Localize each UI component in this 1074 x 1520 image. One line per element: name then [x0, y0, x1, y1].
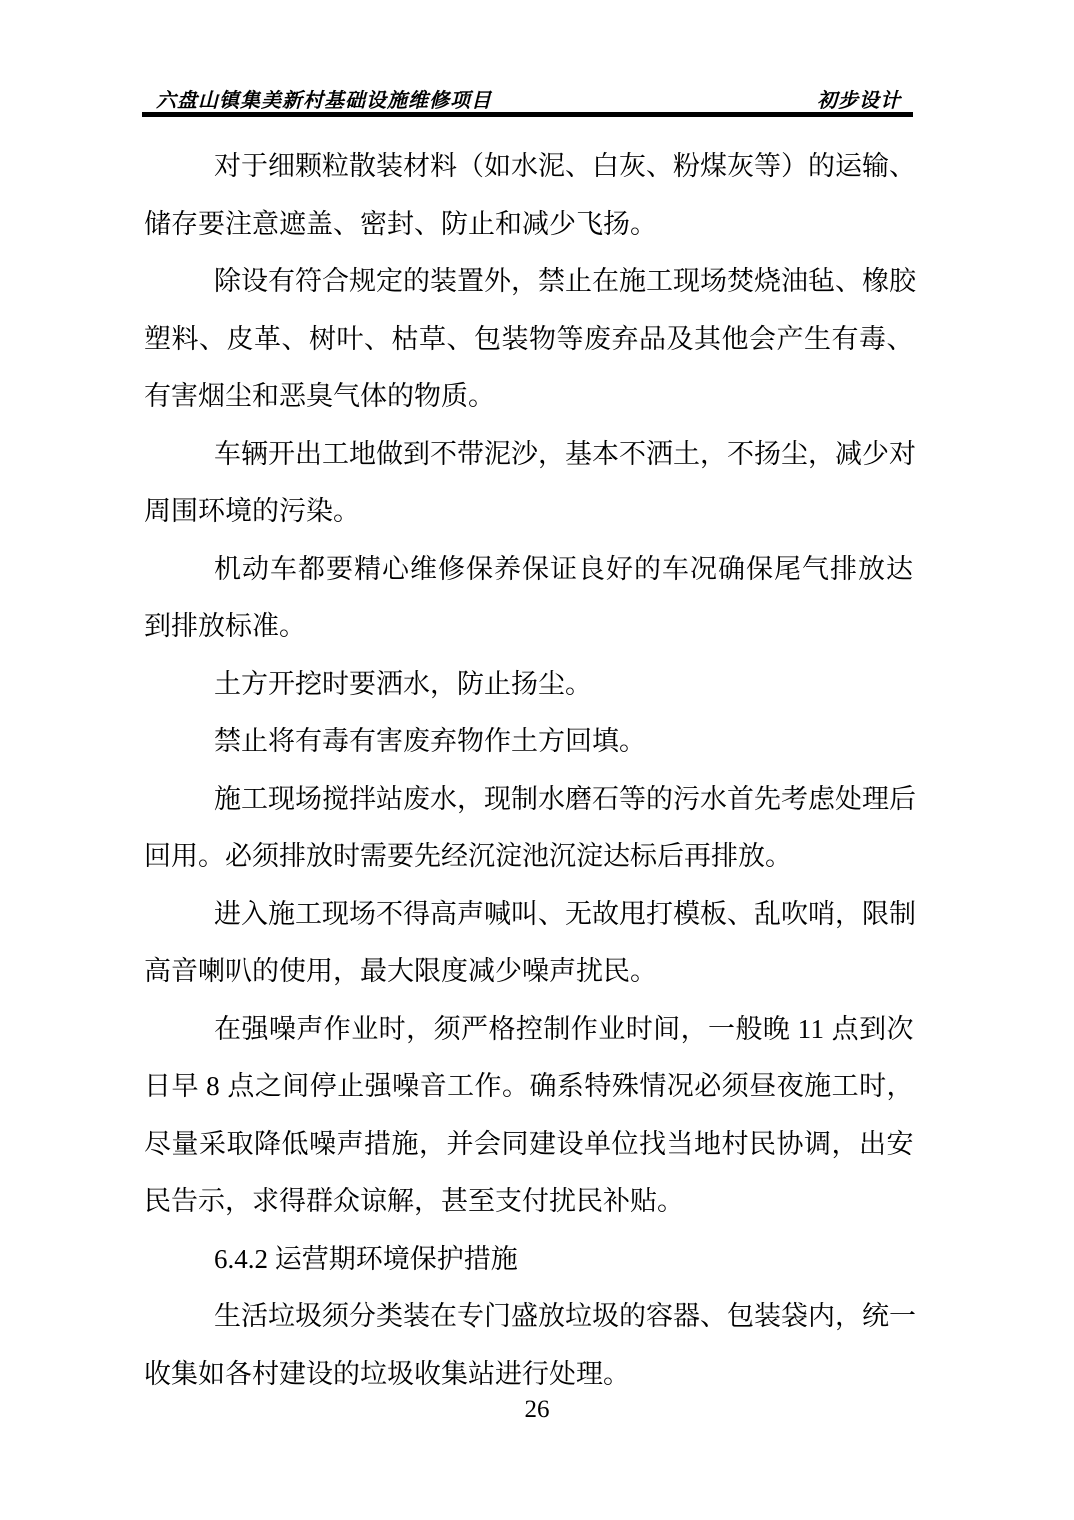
body-text-line: 到排放标准。 [144, 598, 914, 656]
paragraph: 禁止将有毒有害废弃物作土方回填。 [144, 713, 914, 771]
body-text-line: 施工现场搅拌站废水，现制水磨石等的污水首先考虑处理后 [144, 771, 914, 829]
paragraph: 生活垃圾须分类装在专门盛放垃圾的容器、包装袋内，统一收集如各村建设的垃圾收集站进… [144, 1288, 914, 1403]
paragraph: 土方开挖时要洒水，防止扬尘。 [144, 656, 914, 714]
body-text-line: 储存要注意遮盖、密封、防止和减少飞扬。 [144, 196, 914, 254]
body-text-line: 周围环境的污染。 [144, 483, 914, 541]
paragraph: 机动车都要精心维修保养保证良好的车况确保尾气排放达到排放标准。 [144, 541, 914, 656]
body-text-line: 有害烟尘和恶臭气体的物质。 [144, 368, 914, 426]
header-project-title: 六盘山镇集美新村基础设施维修项目 [142, 84, 492, 113]
document-page: 六盘山镇集美新村基础设施维修项目 初步设计 对于细颗粒散装材料（如水泥、白灰、粉… [0, 0, 1074, 1520]
body-text-line: 尽量采取降低噪声措施，并会同建设单位找当地村民协调，出安 [144, 1116, 914, 1174]
body-text-line: 进入施工现场不得高声喊叫、无故甩打模板、乱吹哨，限制 [144, 886, 914, 944]
paragraph: 对于细颗粒散装材料（如水泥、白灰、粉煤灰等）的运输、储存要注意遮盖、密封、防止和… [144, 138, 914, 253]
page-header: 六盘山镇集美新村基础设施维修项目 初步设计 [142, 84, 913, 113]
body-text-line: 收集如各村建设的垃圾收集站进行处理。 [144, 1346, 914, 1404]
body-text-line: 日早 8 点之间停止强噪音工作。确系特殊情况必须昼夜施工时， [144, 1058, 914, 1116]
paragraph: 车辆开出工地做到不带泥沙，基本不洒土，不扬尘，减少对周围环境的污染。 [144, 426, 914, 541]
section-heading: 6.4.2 运营期环境保护措施 [144, 1231, 914, 1289]
body-text-line: 高音喇叭的使用，最大限度减少噪声扰民。 [144, 943, 914, 1001]
page-footer: 26 [0, 1396, 1074, 1424]
body-text-line: 对于细颗粒散装材料（如水泥、白灰、粉煤灰等）的运输、 [144, 138, 914, 196]
body-text-line: 6.4.2 运营期环境保护措施 [144, 1231, 914, 1289]
paragraph: 除设有符合规定的装置外，禁止在施工现场焚烧油毡、橡胶塑料、皮革、树叶、枯草、包装… [144, 253, 914, 426]
body-text-line: 土方开挖时要洒水，防止扬尘。 [144, 656, 914, 714]
body-text-line: 机动车都要精心维修保养保证良好的车况确保尾气排放达 [144, 541, 914, 599]
body-text-line: 生活垃圾须分类装在专门盛放垃圾的容器、包装袋内，统一 [144, 1288, 914, 1346]
page-number: 26 [525, 1396, 550, 1423]
body-text-line: 民告示，求得群众谅解，甚至支付扰民补贴。 [144, 1173, 914, 1231]
paragraph: 进入施工现场不得高声喊叫、无故甩打模板、乱吹哨，限制高音喇叭的使用，最大限度减少… [144, 886, 914, 1001]
body-text-line: 在强噪声作业时，须严格控制作业时间，一般晚 11 点到次 [144, 1001, 914, 1059]
body-text-line: 回用。必须排放时需要先经沉淀池沉淀达标后再排放。 [144, 828, 914, 886]
paragraph: 施工现场搅拌站废水，现制水磨石等的污水首先考虑处理后回用。必须排放时需要先经沉淀… [144, 771, 914, 886]
header-double-rule [142, 112, 913, 117]
header-doc-label: 初步设计 [817, 84, 913, 113]
body-text-line: 除设有符合规定的装置外，禁止在施工现场焚烧油毡、橡胶 [144, 253, 914, 311]
body-text-line: 塑料、皮革、树叶、枯草、包装物等废弃品及其他会产生有毒、 [144, 311, 914, 369]
document-body: 对于细颗粒散装材料（如水泥、白灰、粉煤灰等）的运输、储存要注意遮盖、密封、防止和… [144, 138, 914, 1403]
paragraph: 在强噪声作业时，须严格控制作业时间，一般晚 11 点到次日早 8 点之间停止强噪… [144, 1001, 914, 1231]
body-text-line: 车辆开出工地做到不带泥沙，基本不洒土，不扬尘，减少对 [144, 426, 914, 484]
body-text-line: 禁止将有毒有害废弃物作土方回填。 [144, 713, 914, 771]
